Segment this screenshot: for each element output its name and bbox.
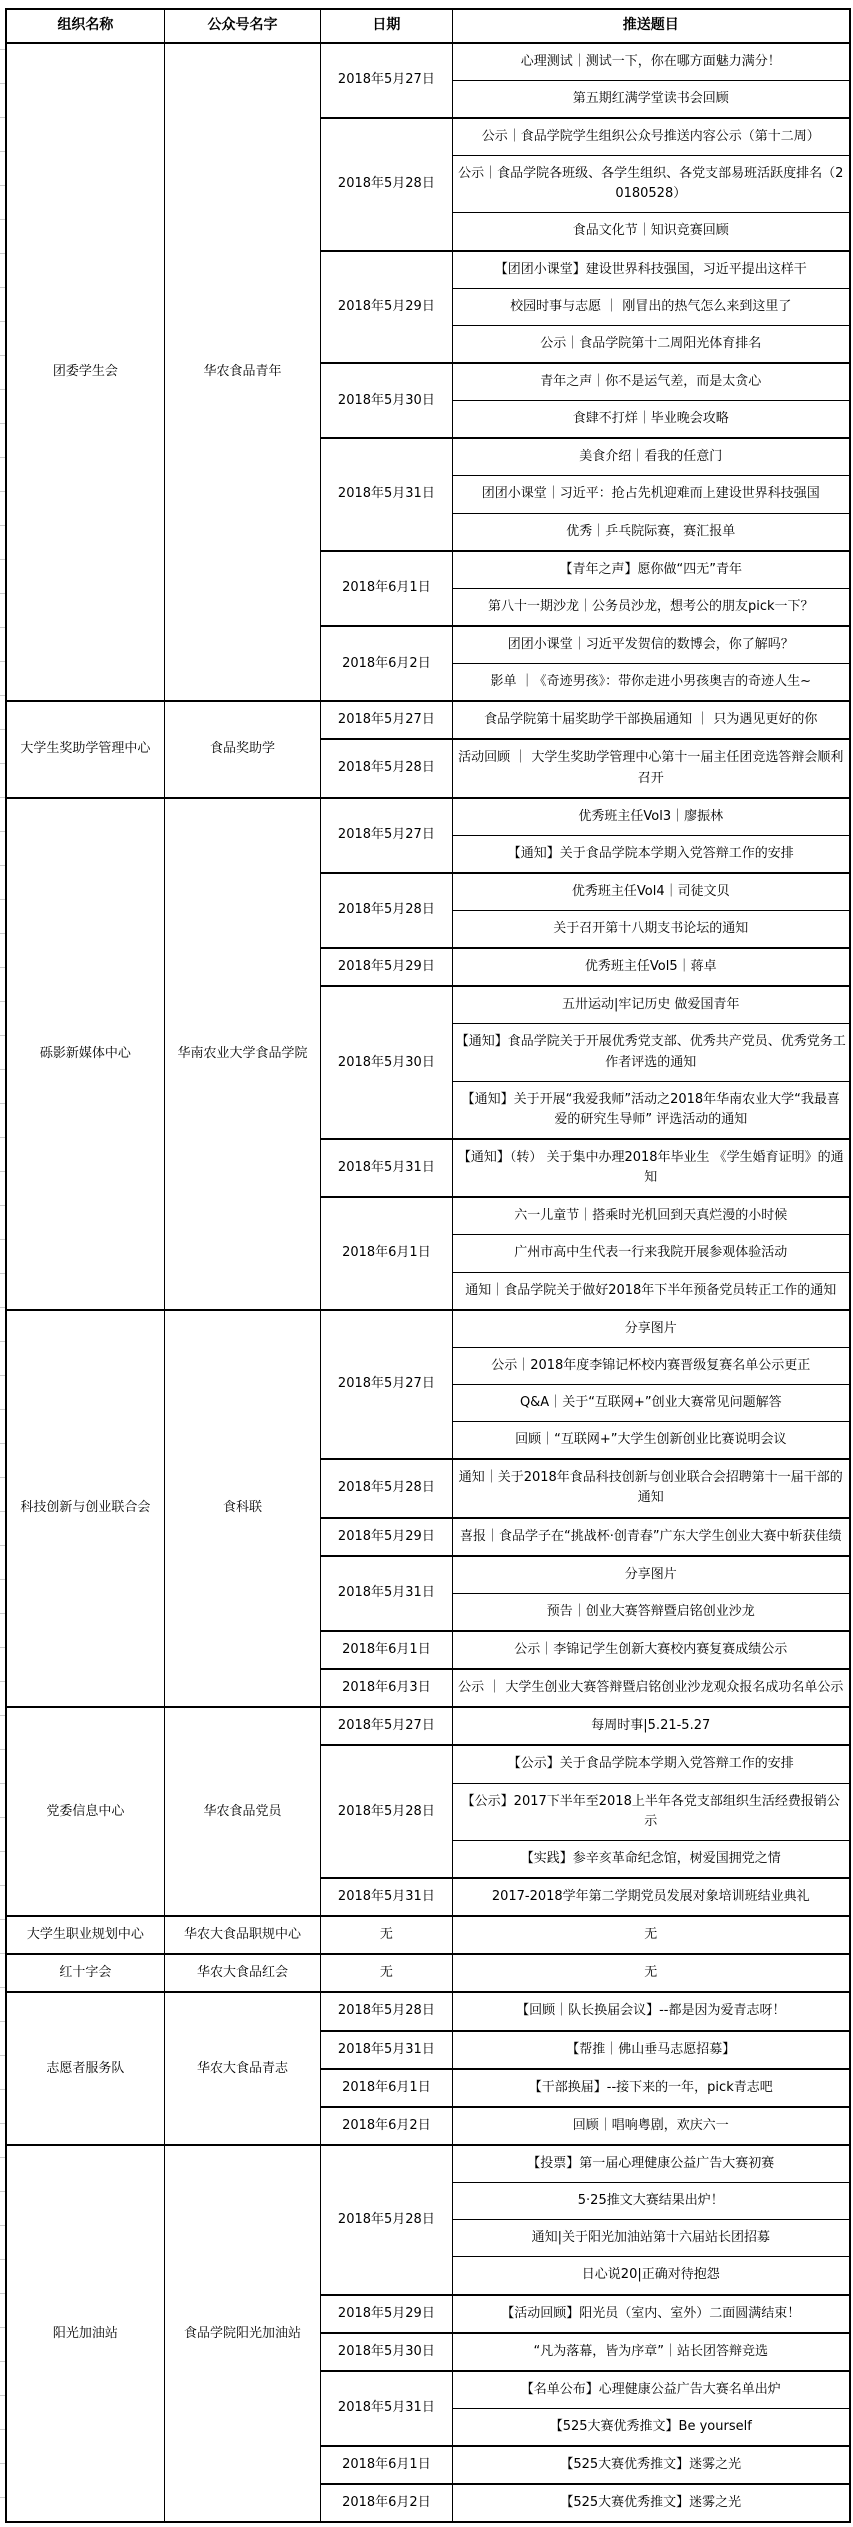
post-title-cell[interactable]: 回顾｜唱响粤剧，欢庆六一 xyxy=(452,2107,850,2145)
account-name-cell[interactable]: 食科联 xyxy=(164,1310,320,1708)
date-cell[interactable]: 2018年5月27日 xyxy=(321,1310,452,1460)
post-title-cell[interactable]: 【回顾｜队长换届会议】--都是因为爱青志呀！ xyxy=(452,1992,850,2030)
account-name-cell[interactable]: 食品学院阳光加油站 xyxy=(164,2145,320,2522)
post-title-cell[interactable]: 【青年之声】愿你做“四无”青年 xyxy=(452,551,850,589)
post-title-cell[interactable]: 通知|关于阳光加油站第十六届站长团招募 xyxy=(452,2220,850,2257)
post-title-cell[interactable]: 广州市高中生代表一行来我院开展参观体验活动 xyxy=(452,1235,850,1272)
post-title-cell[interactable]: 【通知】（转） 关于集中办理2018年毕业生 《学生婚育证明》的通知 xyxy=(452,1139,850,1197)
org-name-cell[interactable]: 红十字会 xyxy=(6,1954,164,1992)
date-cell[interactable]: 2018年5月28日 xyxy=(321,739,452,797)
post-title-cell[interactable]: 第五期红满学堂读书会回顾 xyxy=(452,80,850,118)
date-cell[interactable]: 2018年5月27日 xyxy=(321,798,452,873)
date-cell[interactable]: 2018年5月28日 xyxy=(321,1459,452,1517)
post-title-cell[interactable]: 公示 ｜ 大学生创业大赛答辩暨启铭创业沙龙观众报名成功名单公示 xyxy=(452,1669,850,1707)
post-title-cell[interactable]: 优秀班主任Vol4｜司徒文贝 xyxy=(452,873,850,911)
date-cell[interactable]: 2018年5月31日 xyxy=(321,2371,452,2446)
post-title-cell[interactable]: 【公示】2017下半年至2018上半年各党支部组织生活经费报销公示 xyxy=(452,1783,850,1840)
post-title-cell[interactable]: 分享图片 xyxy=(452,1556,850,1594)
post-title-cell[interactable]: 公示｜食品学院各班级、各学生组织、各党支部易班活跃度排名（20180528） xyxy=(452,156,850,213)
post-title-cell[interactable]: 喜报｜食品学子在“挑战杯·创青春”广东大学生创业大赛中斩获佳绩 xyxy=(452,1518,850,1556)
post-title-cell[interactable]: 公示｜食品学院学生组织公众号推送内容公示（第十二周） xyxy=(452,118,850,156)
date-cell[interactable]: 2018年5月27日 xyxy=(321,43,452,118)
post-title-cell[interactable]: 食肆不打烊｜毕业晚会攻略 xyxy=(452,401,850,439)
org-name-cell[interactable]: 大学生职业规划中心 xyxy=(6,1916,164,1954)
date-cell[interactable]: 2018年5月29日 xyxy=(321,251,452,363)
post-title-cell[interactable]: 公示｜李锦记学生创新大赛校内赛复赛成绩公示 xyxy=(452,1631,850,1669)
date-cell[interactable]: 2018年5月29日 xyxy=(321,948,452,986)
date-cell[interactable]: 2018年5月31日 xyxy=(321,1556,452,1631)
date-cell[interactable]: 2018年6月2日 xyxy=(321,626,452,701)
date-cell[interactable]: 2018年6月1日 xyxy=(321,1631,452,1669)
post-title-cell[interactable]: 无 xyxy=(452,1954,850,1992)
date-cell[interactable]: 2018年5月30日 xyxy=(321,363,452,438)
post-title-cell[interactable]: 通知｜关于2018年食品科技创新与创业联合会招聘第十一届干部的通知 xyxy=(452,1459,850,1517)
push-schedule-table: 组织名称 公众号名字 日期 推送题目 团委学生会华农食品青年2018年5月27日… xyxy=(5,8,851,2523)
org-name-cell[interactable]: 阳光加油站 xyxy=(6,2145,164,2522)
post-title-cell[interactable]: 预告｜创业大赛答辩暨启铭创业沙龙 xyxy=(452,1593,850,1631)
post-title-cell[interactable]: 校园时事与志愿 ｜ 刚冒出的热气怎么来到这里了 xyxy=(452,288,850,325)
post-title-cell[interactable]: 【525大赛优秀推文】迷雾之光 xyxy=(452,2484,850,2522)
post-title-cell[interactable]: 日心说20|正确对待抱怨 xyxy=(452,2257,850,2295)
post-title-cell[interactable]: 第八十一期沙龙｜公务员沙龙，想考公的朋友pick一下？ xyxy=(452,588,850,626)
post-title-cell[interactable]: 【525大赛优秀推文】迷雾之光 xyxy=(452,2446,850,2484)
post-title-cell[interactable]: 【通知】食品学院关于开展优秀党支部、优秀共产党员、优秀党务工作者评选的通知 xyxy=(452,1024,850,1081)
org-name-cell[interactable]: 志愿者服务队 xyxy=(6,1992,164,2145)
post-title-cell[interactable]: 【活动回顾】阳光员（室内、室外）二面圆满结束！ xyxy=(452,2295,850,2333)
post-title-cell[interactable]: 5·25推文大赛结果出炉！ xyxy=(452,2183,850,2220)
date-cell[interactable]: 2018年5月29日 xyxy=(321,2295,452,2333)
date-cell[interactable]: 2018年6月1日 xyxy=(321,1197,452,1309)
date-cell[interactable]: 2018年5月31日 xyxy=(321,1139,452,1197)
account-name-cell[interactable]: 食品奖助学 xyxy=(164,701,320,797)
post-title-cell[interactable]: “凡为落幕，皆为序章”｜站长团答辩竞选 xyxy=(452,2333,850,2371)
table-row: 红十字会华农大食品红会无无 xyxy=(6,1954,850,1992)
account-name-cell[interactable]: 华农大食品职规中心 xyxy=(164,1916,320,1954)
account-name-cell[interactable]: 华农食品青年 xyxy=(164,43,320,702)
account-name-cell[interactable]: 华南农业大学食品学院 xyxy=(164,798,320,1310)
date-cell[interactable]: 2018年5月28日 xyxy=(321,118,452,251)
date-cell[interactable]: 2018年5月30日 xyxy=(321,2333,452,2371)
date-cell[interactable]: 2018年5月28日 xyxy=(321,2145,452,2295)
date-cell[interactable]: 2018年6月2日 xyxy=(321,2107,452,2145)
post-title-cell[interactable]: 【干部换届】--接下来的一年，pick青志吧 xyxy=(452,2069,850,2107)
post-title-cell[interactable]: 回顾｜“互联网+”大学生创新创业比赛说明会议 xyxy=(452,1422,850,1460)
org-name-cell[interactable]: 砾影新媒体中心 xyxy=(6,798,164,1310)
date-cell[interactable]: 2018年5月29日 xyxy=(321,1518,452,1556)
post-title-cell[interactable]: 【通知】关于食品学院本学期入党答辩工作的安排 xyxy=(452,835,850,873)
post-title-cell[interactable]: 无 xyxy=(452,1916,850,1954)
date-cell[interactable]: 2018年5月27日 xyxy=(321,701,452,739)
account-name-cell[interactable]: 华农食品党员 xyxy=(164,1707,320,1916)
col-header-date[interactable]: 日期 xyxy=(321,9,452,43)
post-title-cell[interactable]: Q&A｜关于“互联网+”创业大赛常见问题解答 xyxy=(452,1385,850,1422)
post-title-cell[interactable]: 青年之声｜你不是运气差，而是太贪心 xyxy=(452,363,850,401)
org-name-cell[interactable]: 党委信息中心 xyxy=(6,1707,164,1916)
post-title-cell[interactable]: 优秀班主任Vol5｜蒋卓 xyxy=(452,948,850,986)
post-title-cell[interactable]: 五卅运动|牢记历史 做爱国青年 xyxy=(452,986,850,1024)
date-cell[interactable]: 2018年5月28日 xyxy=(321,1992,452,2030)
post-title-cell[interactable]: 关于召开第十八期支书论坛的通知 xyxy=(452,911,850,949)
table-row: 砾影新媒体中心华南农业大学食品学院2018年5月27日优秀班主任Vol3｜廖振林 xyxy=(6,798,850,836)
post-title-cell[interactable]: 每周时事|5.21-5.27 xyxy=(452,1707,850,1745)
post-title-cell[interactable]: 团团小课堂｜习近平：抢占先机迎难而上建设世界科技强国 xyxy=(452,476,850,513)
table-row: 阳光加油站食品学院阳光加油站2018年5月28日【投票】第一届心理健康公益广告大… xyxy=(6,2145,850,2183)
account-name-cell[interactable]: 华农大食品红会 xyxy=(164,1954,320,1992)
post-title-cell[interactable]: 影单 ｜《奇迹男孩》：带你走进小男孩奥吉的奇迹人生~ xyxy=(452,664,850,702)
account-name-cell[interactable]: 华农大食品青志 xyxy=(164,1992,320,2145)
table-row: 团委学生会华农食品青年2018年5月27日心理测试｜测试一下，你在哪方面魅力满分… xyxy=(6,43,850,81)
col-header-post-title[interactable]: 推送题目 xyxy=(452,9,850,43)
post-title-cell[interactable]: 公示｜2018年度李锦记杯校内赛晋级复赛名单公示更正 xyxy=(452,1347,850,1384)
col-header-account[interactable]: 公众号名字 xyxy=(164,9,320,43)
date-cell[interactable]: 无 xyxy=(321,1916,452,1954)
table-row: 志愿者服务队华农大食品青志2018年5月28日【回顾｜队长换届会议】--都是因为… xyxy=(6,1992,850,2030)
post-title-cell[interactable]: 优秀｜乒乓院际赛，赛汇报单 xyxy=(452,513,850,551)
org-name-cell[interactable]: 大学生奖助学管理中心 xyxy=(6,701,164,797)
post-title-cell[interactable]: 优秀班主任Vol3｜廖振林 xyxy=(452,798,850,836)
post-title-cell[interactable]: 美食介绍｜看我的任意门 xyxy=(452,438,850,476)
header-row: 组织名称 公众号名字 日期 推送题目 xyxy=(6,9,850,43)
post-title-cell[interactable]: 【公示】关于食品学院本学期入党答辩工作的安排 xyxy=(452,1745,850,1783)
post-title-cell[interactable]: 心理测试｜测试一下，你在哪方面魅力满分！ xyxy=(452,43,850,81)
post-title-cell[interactable]: 【525大赛优秀推文】Be yourself xyxy=(452,2408,850,2446)
post-title-cell[interactable]: 【帮推｜佛山垂马志愿招募】 xyxy=(452,2031,850,2069)
post-title-cell[interactable]: 活动回顾 ｜ 大学生奖助学管理中心第十一届主任团竞选答辩会顺利召开 xyxy=(452,739,850,797)
post-title-cell[interactable]: 【团团小课堂】建设世界科技强国，习近平提出这样干 xyxy=(452,251,850,289)
post-title-cell[interactable]: 分享图片 xyxy=(452,1310,850,1348)
date-cell[interactable]: 2018年5月27日 xyxy=(321,1707,452,1745)
table-row: 大学生奖助学管理中心食品奖助学2018年5月27日食品学院第十届奖助学干部换届通… xyxy=(6,701,850,739)
date-cell[interactable]: 2018年6月2日 xyxy=(321,2484,452,2522)
spreadsheet-page: 组织名称 公众号名字 日期 推送题目 团委学生会华农食品青年2018年5月27日… xyxy=(0,8,853,2523)
table-row: 科技创新与创业联合会食科联2018年5月27日分享图片 xyxy=(6,1310,850,1348)
date-cell[interactable]: 2018年5月28日 xyxy=(321,1745,452,1878)
date-cell[interactable]: 2018年6月1日 xyxy=(321,2069,452,2107)
table-row: 党委信息中心华农食品党员2018年5月27日每周时事|5.21-5.27 xyxy=(6,1707,850,1745)
post-title-cell[interactable]: 公示｜食品学院第十二周阳光体育排名 xyxy=(452,325,850,363)
date-cell[interactable]: 2018年5月31日 xyxy=(321,1878,452,1916)
post-title-cell[interactable]: 【实践】参辛亥革命纪念馆，树爱国拥党之情 xyxy=(452,1840,850,1878)
date-cell[interactable]: 2018年6月1日 xyxy=(321,2446,452,2484)
spreadsheet-gridlines xyxy=(0,16,5,2519)
date-cell[interactable]: 2018年5月28日 xyxy=(321,873,452,948)
post-title-cell[interactable]: 六一儿童节｜搭乘时光机回到天真烂漫的小时候 xyxy=(452,1197,850,1235)
post-title-cell[interactable]: 【投票】第一届心理健康公益广告大赛初赛 xyxy=(452,2145,850,2183)
post-title-cell[interactable]: 通知｜食品学院关于做好2018年下半年预备党员转正工作的通知 xyxy=(452,1272,850,1310)
post-title-cell[interactable]: 团团小课堂｜习近平发贺信的数博会，你了解吗？ xyxy=(452,626,850,664)
post-title-cell[interactable]: 食品文化节｜知识竞赛回顾 xyxy=(452,213,850,251)
date-cell[interactable]: 2018年6月1日 xyxy=(321,551,452,626)
col-header-organization[interactable]: 组织名称 xyxy=(6,9,164,43)
org-name-cell[interactable]: 团委学生会 xyxy=(6,43,164,702)
post-title-cell[interactable]: 【名单公布】心理健康公益广告大赛名单出炉 xyxy=(452,2371,850,2409)
date-cell[interactable]: 无 xyxy=(321,1954,452,1992)
date-cell[interactable]: 2018年5月31日 xyxy=(321,2031,452,2069)
post-title-cell[interactable]: 2017-2018学年第二学期党员发展对象培训班结业典礼 xyxy=(452,1878,850,1916)
date-cell[interactable]: 2018年6月3日 xyxy=(321,1669,452,1707)
post-title-cell[interactable]: 食品学院第十届奖助学干部换届通知 ｜ 只为遇见更好的你 xyxy=(452,701,850,739)
date-cell[interactable]: 2018年5月30日 xyxy=(321,986,452,1139)
table-row: 大学生职业规划中心华农大食品职规中心无无 xyxy=(6,1916,850,1954)
org-name-cell[interactable]: 科技创新与创业联合会 xyxy=(6,1310,164,1708)
post-title-cell[interactable]: 【通知】关于开展“我爱我师”活动之2018年华南农业大学“我最喜爱的研究生导师”… xyxy=(452,1081,850,1139)
date-cell[interactable]: 2018年5月31日 xyxy=(321,438,452,550)
